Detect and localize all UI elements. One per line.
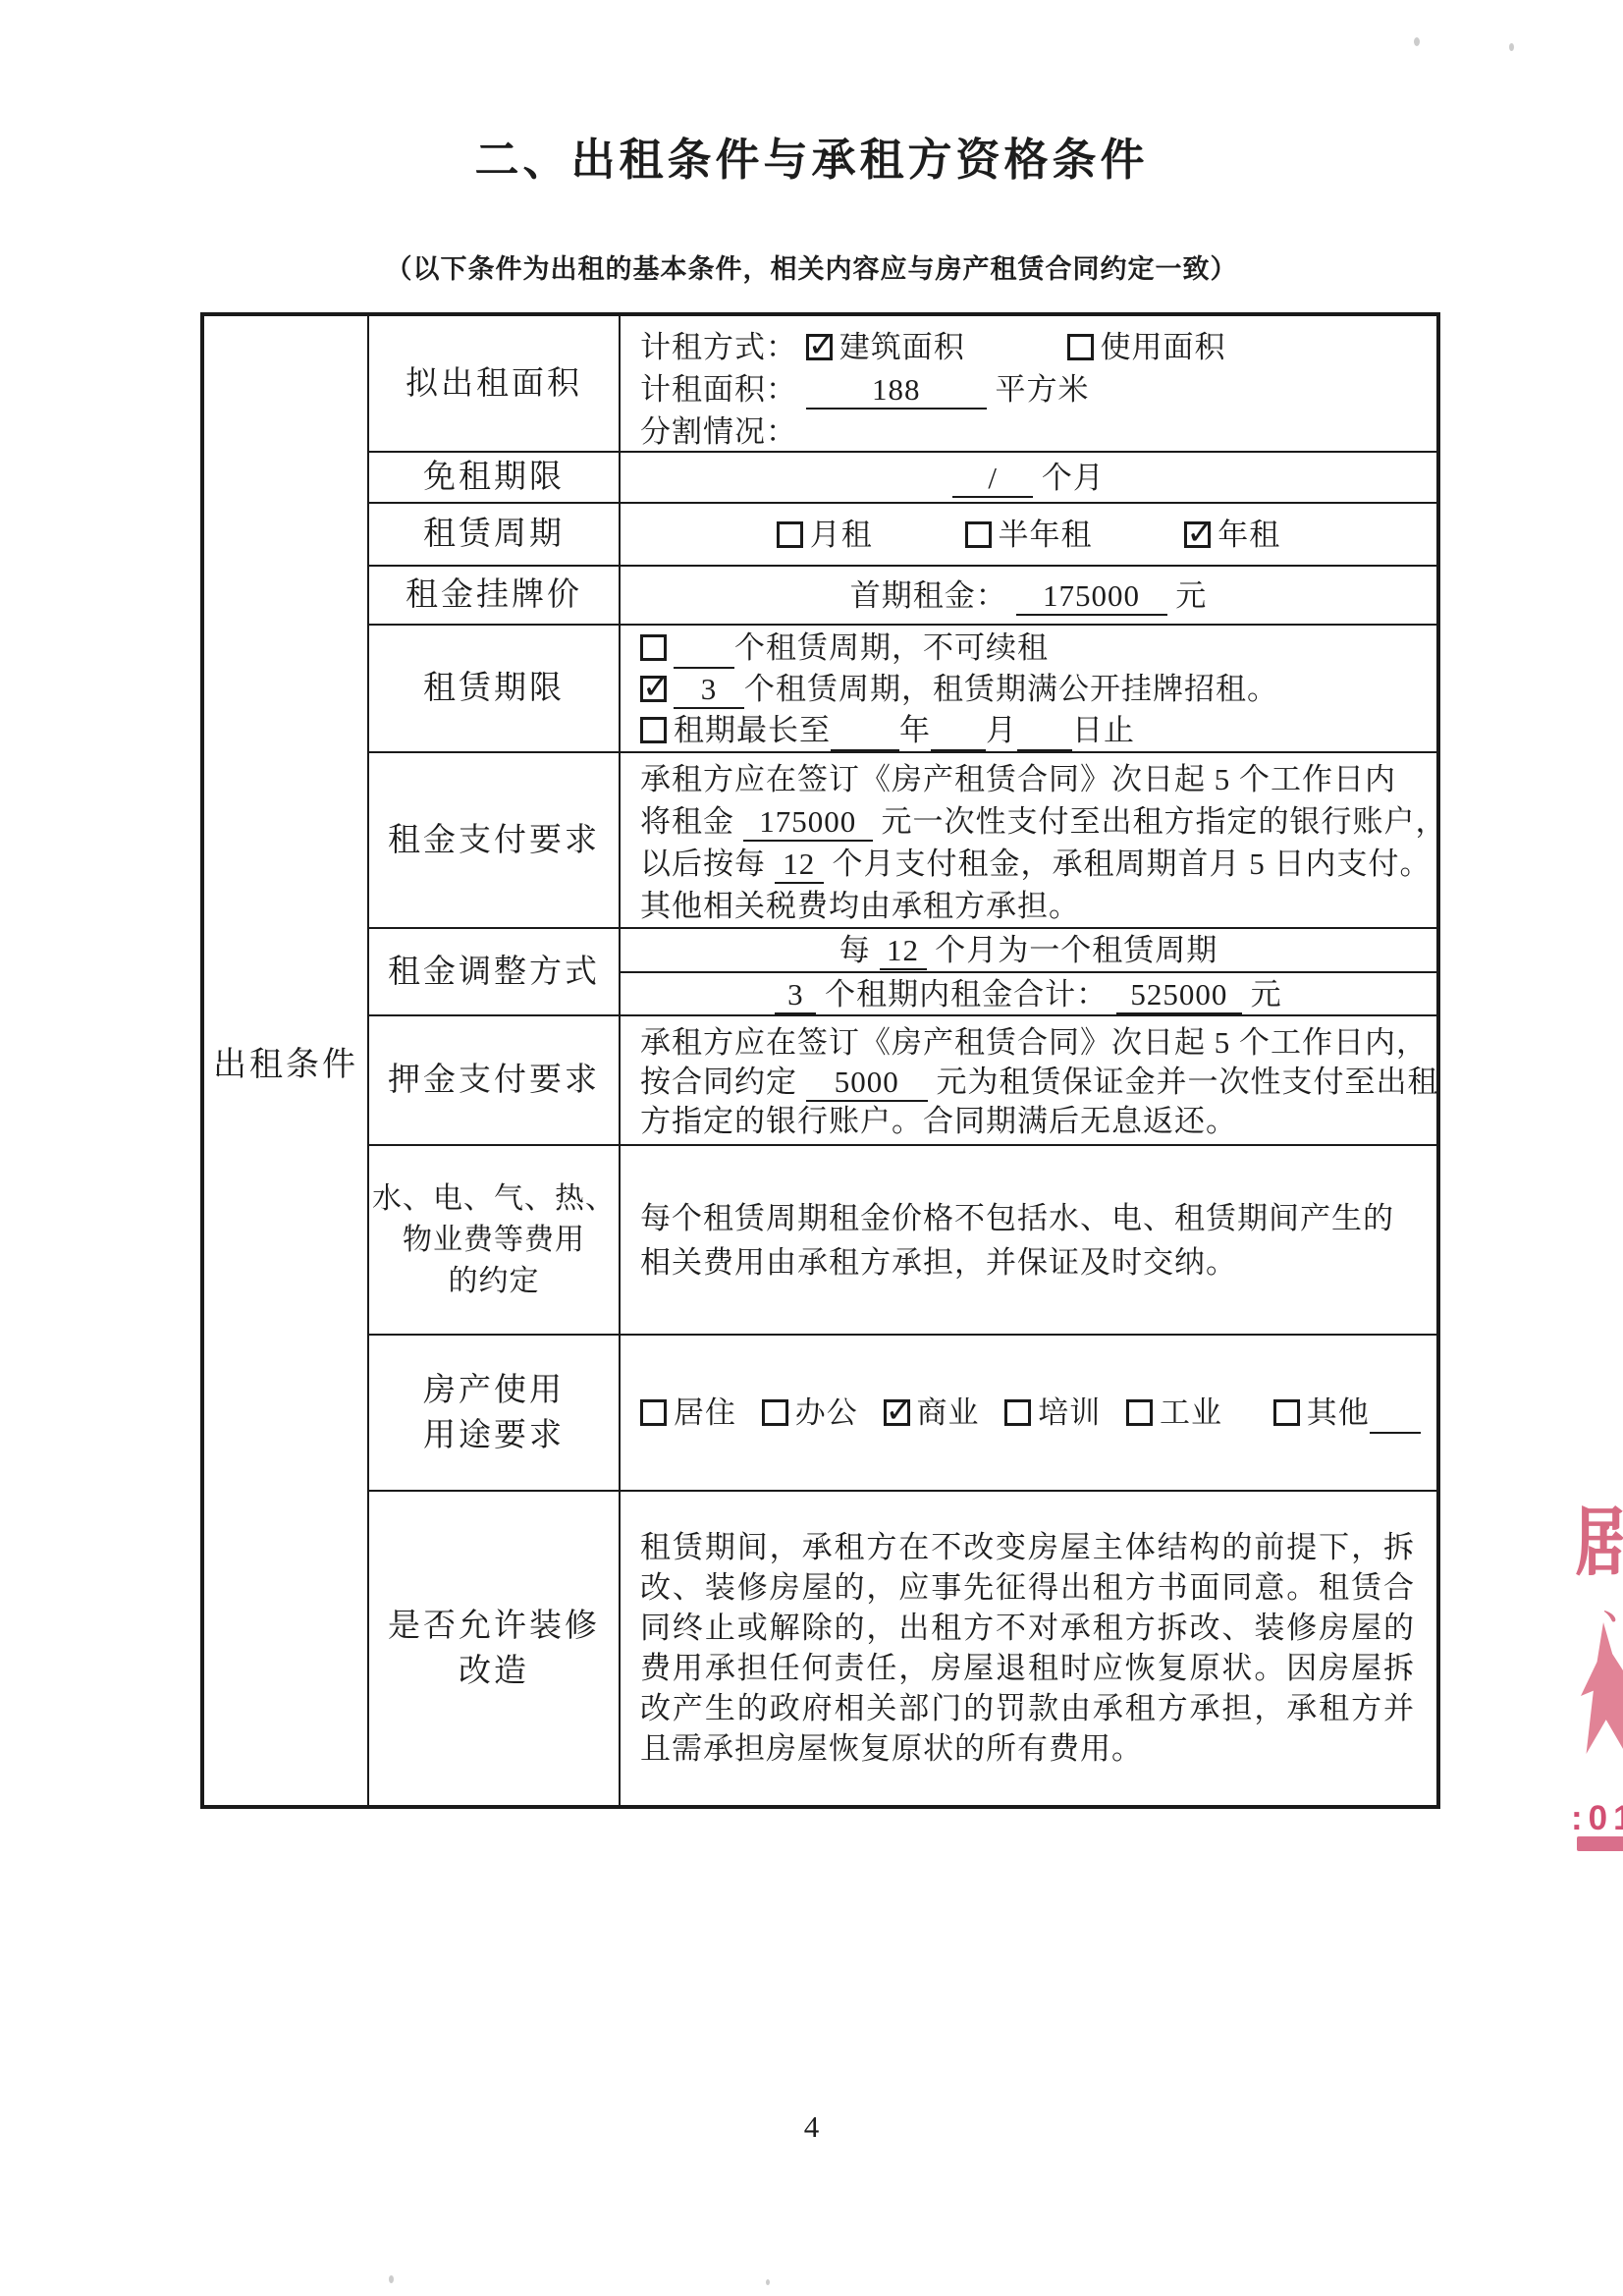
row-label-deposit: 押金支付要求 [369, 1016, 621, 1144]
checkbox-other-icon[interactable] [1273, 1399, 1300, 1426]
payment-amount-field[interactable]: 175000 [743, 804, 873, 842]
scan-speck [766, 2279, 770, 2285]
section-cell: 出租条件 [204, 316, 369, 1805]
row-label-adjust: 租金调整方式 [369, 929, 621, 1014]
table-row: 是否允许装修 改造 租赁期间，承租方在不改变房屋主体结构的前提下，拆改、装修房屋… [369, 1490, 1436, 1805]
term-count-blank-field[interactable] [674, 635, 734, 669]
checkbox-term-no-renew-icon[interactable] [640, 634, 667, 661]
split-prefix: 分割情况： [640, 414, 797, 449]
scan-speck [1509, 43, 1514, 51]
checkbox-annual-rent-checked-icon[interactable]: ✓ [1184, 521, 1211, 548]
split-blank-field[interactable] [806, 419, 1407, 453]
table-rows: 拟出租面积 计租方式： ✓建筑面积 使用面积 计租面积： 188 平方米 分割情… [369, 316, 1436, 1805]
checkbox-industrial-icon[interactable] [1126, 1399, 1153, 1426]
table-row: 租赁期限 个租赁周期，不可续租 ✓3个租赁周期，租赁期满公开挂牌招租。 租期最长… [369, 624, 1436, 751]
row-content-renovation: 租赁期间，承租方在不改变房屋主体结构的前提下，拆改、装修房屋的，应事先征得出租方… [621, 1492, 1436, 1805]
checkbox-usable-area-icon[interactable] [1067, 334, 1094, 360]
checkbox-monthly-rent-icon[interactable] [777, 521, 803, 548]
row-content-term: 个租赁周期，不可续租 ✓3个租赁周期，租赁期满公开挂牌招租。 租期最长至年月日止 [621, 626, 1436, 751]
row-content-area: 计租方式： ✓建筑面积 使用面积 计租面积： 188 平方米 分割情况： [621, 316, 1436, 451]
page-title: 二、出租条件与承租方资格条件 [0, 124, 1623, 188]
row-content-listing-price: 首期租金： 175000 元 [621, 567, 1436, 624]
table-row: 押金支付要求 承租方应在签订《房产租赁合同》次日起 5 个工作日内， 按合同约定… [369, 1014, 1436, 1144]
term-year-blank-field[interactable] [831, 718, 899, 751]
checkbox-residence-icon[interactable] [640, 1399, 667, 1426]
rent-free-value-field[interactable]: / [952, 461, 1033, 498]
checkbox-office-icon[interactable] [762, 1399, 788, 1426]
table-row: 拟出租面积 计租方式： ✓建筑面积 使用面积 计租面积： 188 平方米 分割情… [369, 316, 1436, 451]
scan-speck [389, 2275, 394, 2283]
option-label: 使用面积 [1101, 330, 1226, 364]
adjust-total-field[interactable]: 525000 [1116, 977, 1242, 1014]
size-suffix: 平方米 [996, 372, 1090, 407]
method-prefix: 计租方式： [640, 330, 797, 364]
row-content-cycle: 月租 半年租 ✓年租 [621, 504, 1436, 565]
term-month-blank-field[interactable] [931, 718, 986, 751]
section-label: 出租条件 [213, 1037, 358, 1085]
row-label-usage: 房产使用 用途要求 [369, 1336, 621, 1490]
document-page: 二、出租条件与承租方资格条件 （以下条件为出租的基本条件，相关内容应与房产租赁合… [0, 0, 1623, 2296]
adjust-cycles-field[interactable]: 3 [775, 977, 816, 1014]
table-row: 租金挂牌价 首期租金： 175000 元 [369, 565, 1436, 624]
page-number: 4 [0, 2109, 1623, 2145]
option-label: 建筑面积 [839, 330, 965, 364]
table-row: 水、电、气、热、 物业费等费用 的约定 每个租赁周期租金价格不包括水、电、租赁期… [369, 1144, 1436, 1334]
checkbox-term-max-date-icon[interactable] [640, 717, 667, 743]
term-day-blank-field[interactable] [1017, 718, 1072, 751]
table-row: 租赁周期 月租 半年租 ✓年租 [369, 502, 1436, 565]
checkbox-training-icon[interactable] [1004, 1399, 1031, 1426]
checkbox-building-area-checked-icon[interactable]: ✓ [806, 334, 833, 360]
lease-conditions-table: 出租条件 拟出租面积 计租方式： ✓建筑面积 使用面积 计租面积： 188 [200, 312, 1440, 1809]
stamp-bar-fragment [1577, 1836, 1623, 1851]
row-label-utilities: 水、电、气、热、 物业费等费用 的约定 [369, 1146, 621, 1334]
table-row: 房产使用 用途要求 居住 办公 ✓商业 培训 工业 其他 [369, 1334, 1436, 1490]
deposit-amount-field[interactable]: 5000 [806, 1065, 928, 1102]
row-content-deposit: 承租方应在签订《房产租赁合同》次日起 5 个工作日内， 按合同约定 5000 元… [621, 1016, 1436, 1144]
adjust-months-field[interactable]: 12 [880, 933, 927, 970]
checkbox-commercial-checked-icon[interactable]: ✓ [884, 1399, 910, 1426]
stamp-arrow-fragment [1581, 1622, 1623, 1754]
row-label-area: 拟出租面积 [369, 316, 621, 451]
first-rent-value-field[interactable]: 175000 [1016, 578, 1167, 616]
checkbox-half-year-rent-icon[interactable] [965, 521, 992, 548]
other-usage-blank-field[interactable] [1370, 1400, 1421, 1434]
scan-speck [1414, 37, 1420, 46]
page-subtitle: （以下条件为出租的基本条件，相关内容应与房产租赁合同约定一致） [0, 247, 1623, 286]
row-content-payment: 承租方应在签订《房产租赁合同》次日起 5 个工作日内 将租金 175000 元一… [621, 753, 1436, 927]
term-cycles-value-field[interactable]: 3 [674, 672, 744, 709]
table-row: 租金调整方式 每 12 个月为一个租赁周期 3 个租期内租金合计： [369, 927, 1436, 1014]
stamp-comma-mark: 、 [1602, 1567, 1623, 1632]
row-label-term: 租赁期限 [369, 626, 621, 751]
row-label-payment: 租金支付要求 [369, 753, 621, 927]
size-prefix: 计租面积： [640, 372, 797, 407]
row-content-adjust: 每 12 个月为一个租赁周期 3 个租期内租金合计： 525000 元 [621, 929, 1436, 1014]
row-label-listing-price: 租金挂牌价 [369, 567, 621, 624]
checkbox-term-cycles-checked-icon[interactable]: ✓ [640, 676, 667, 702]
row-content-rent-free: / 个月 [621, 453, 1436, 502]
row-label-cycle: 租赁周期 [369, 504, 621, 565]
row-label-renovation: 是否允许装修 改造 [369, 1492, 621, 1805]
row-content-utilities: 每个租赁周期租金价格不包括水、电、租赁期间产生的 相关费用由承租方承担，并保证及… [621, 1146, 1436, 1334]
payment-months-field[interactable]: 12 [775, 847, 824, 884]
stamp-code-text: :01 [1571, 1799, 1623, 1838]
row-content-usage: 居住 办公 ✓商业 培训 工业 其他 [621, 1336, 1436, 1490]
table-row: 租金支付要求 承租方应在签订《房产租赁合同》次日起 5 个工作日内 将租金 17… [369, 751, 1436, 927]
table-row: 免租期限 / 个月 [369, 451, 1436, 502]
size-value-field[interactable]: 188 [806, 372, 987, 410]
row-label-rent-free: 免租期限 [369, 453, 621, 502]
